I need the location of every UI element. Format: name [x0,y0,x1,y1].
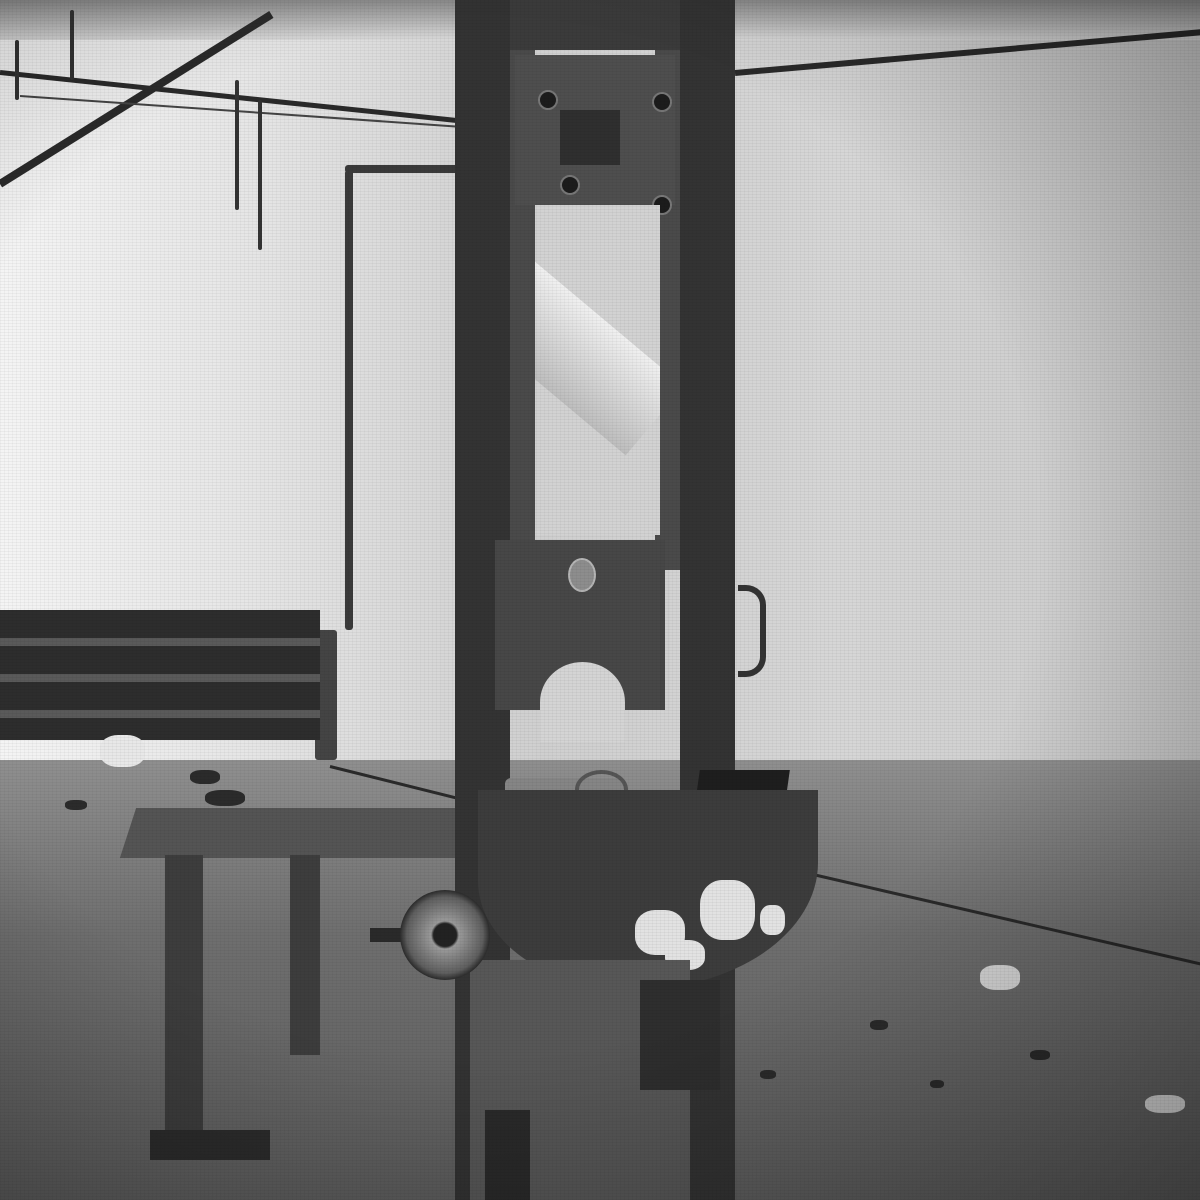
debris [760,1070,776,1079]
hanging-cable [70,10,74,80]
guillotine-top [510,0,680,50]
base-bracket [640,980,720,1090]
hanging-cable [235,80,239,210]
debris [930,1080,944,1088]
lunette-opening [540,662,625,742]
blade [535,245,660,455]
debris [870,1020,888,1030]
bench-leg [165,855,203,1155]
bench [120,808,476,858]
debris [1145,1095,1185,1113]
wall-pipe [345,165,465,173]
photograph [0,0,1200,1200]
mouton-slot [560,110,620,165]
bolt [560,175,580,195]
bench-leg [290,855,320,1055]
winch-wheel [400,890,490,980]
base-bracket [485,1110,530,1200]
blade-window [535,205,660,535]
debris [980,965,1020,990]
debris [190,770,220,784]
radiator [0,610,320,740]
bench-foot [150,1130,270,1160]
paint-chip [760,905,785,935]
debris [205,790,245,806]
bolt [538,90,558,110]
hanging-cable [258,100,262,250]
release-lever [738,585,766,677]
debris-box [100,735,145,767]
bolt [652,92,672,112]
paint-chip [700,880,755,940]
wall-pipe [345,170,353,630]
debris [65,800,87,810]
hanging-cable [15,40,19,100]
lunette-emblem [568,558,596,592]
debris [1030,1050,1050,1060]
